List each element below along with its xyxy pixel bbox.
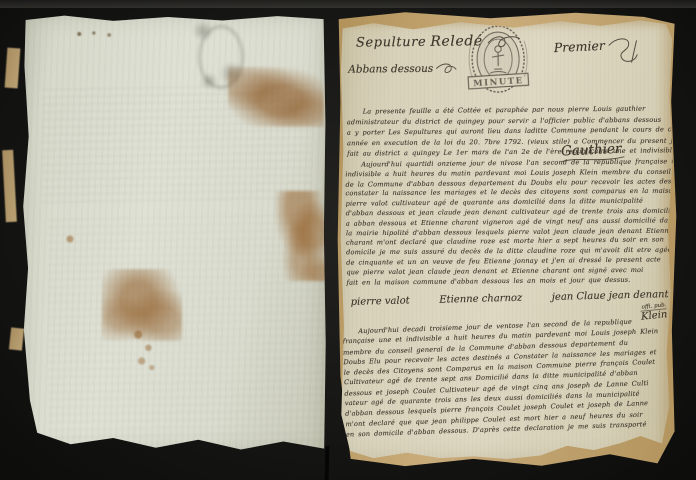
ink-stain <box>274 191 336 281</box>
witness-signature: pierre valot <box>351 295 410 307</box>
scan-edge-band <box>0 0 696 8</box>
ink-drips <box>128 328 162 372</box>
witness-signatures-row: pierre valot Etienne charnoz jean Claue … <box>351 289 669 308</box>
register-title-word: Sepulture <box>356 35 427 51</box>
binding-fragment <box>2 150 17 222</box>
burial-act-2: Aujourd'hui decadi troisieme jour de ven… <box>342 315 675 440</box>
blank-verso-page <box>22 13 326 453</box>
commune-name-text: Abbans dessous <box>348 63 433 76</box>
flourish-curl-icon <box>435 62 457 76</box>
ink-stain <box>228 67 324 127</box>
binding-fragment <box>9 327 24 350</box>
flourish-loop-icon <box>606 36 645 68</box>
ink-speck <box>62 233 78 245</box>
witness-signature: jean Claue jean denant <box>552 289 669 303</box>
folio-label: Premier <box>553 36 645 70</box>
burial-act-1: Aujourd'hui quartidi onzieme jour de niv… <box>345 157 673 288</box>
commune-name: Abbans dessous <box>348 62 457 77</box>
manuscript-line: la mairie hipolité d'abban dessous lesqu… <box>346 226 673 238</box>
stamp-band-text: MINUTE <box>473 76 524 89</box>
document-scan: Sepulture Reledé Abbans dessous Premier <box>0 0 696 480</box>
revenue-stamp-icon: MINUTE <box>466 21 531 106</box>
manuscript-line: administrateur du district de quingey po… <box>347 114 669 127</box>
binding-cord <box>325 446 330 480</box>
witness-signature: Etienne charnoz <box>439 293 522 306</box>
manuscript-recto-page: Sepulture Reledé Abbans dessous Premier <box>340 17 674 459</box>
ink-speck <box>74 29 118 39</box>
folio-label-text: Premier <box>553 38 605 55</box>
binding-fragment <box>5 48 21 89</box>
